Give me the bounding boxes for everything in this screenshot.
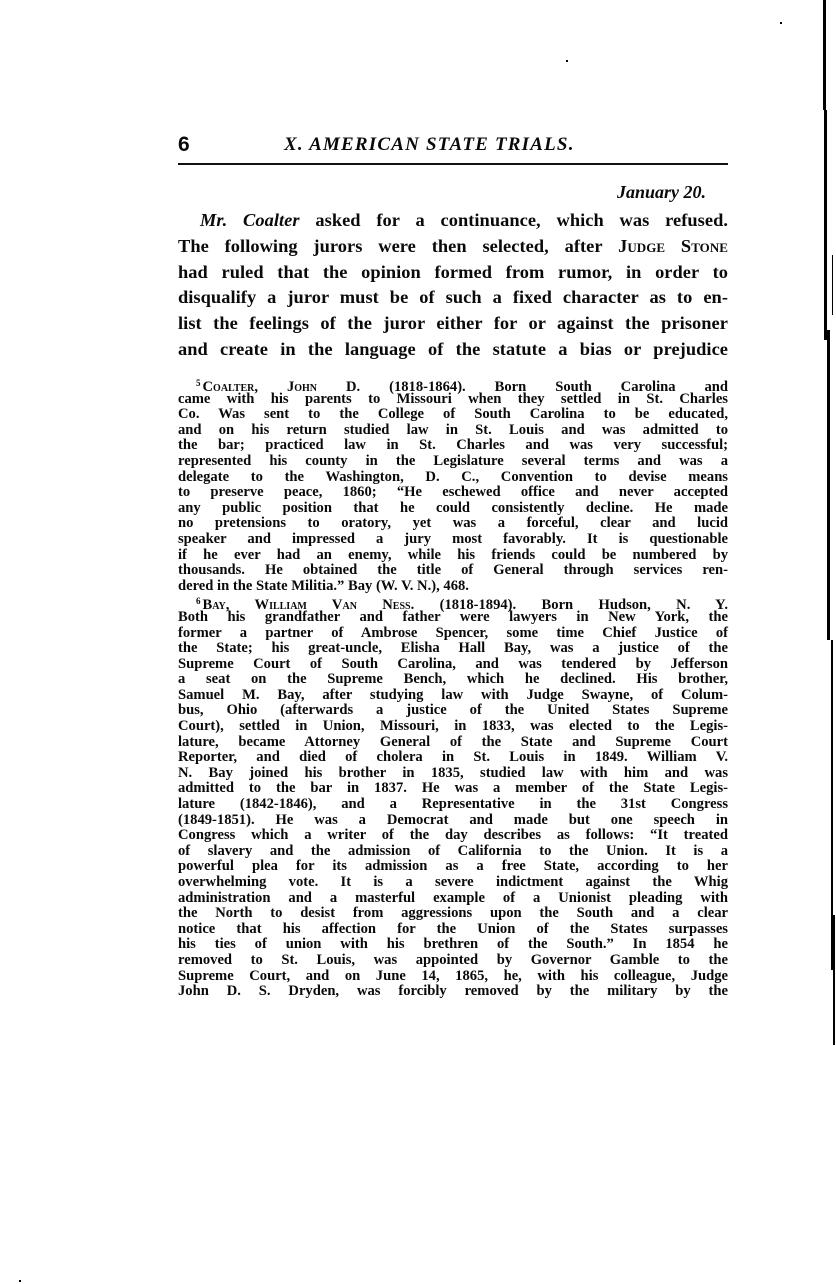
footnote-line: administration and a masterful example o…: [178, 891, 728, 907]
footnote-line: a seat on the Supreme Bench, which he de…: [178, 672, 728, 688]
footnote-line: lature, became Attorney General of the S…: [178, 735, 728, 751]
footnote-line: N. Bay joined his brother in 1835, studi…: [178, 766, 728, 782]
footnote-line: removed to St. Louis, was appointed by G…: [178, 953, 728, 969]
body-line: had ruled that the opinion formed from r…: [178, 260, 728, 286]
footnote-marker: 6: [196, 596, 201, 606]
footnote-line: thousands. He obtained the title of Gene…: [178, 563, 728, 579]
footnote-line: lature (1842-1846), and a Representative…: [178, 797, 728, 813]
body-paragraph: Mr. Coalter asked for a continuance, whi…: [178, 208, 728, 363]
footnote-line: Samuel M. Bay, after studying law with J…: [178, 688, 728, 704]
date-line: January 20.: [617, 182, 706, 203]
footnote-line: notice that his affection for the Union …: [178, 922, 728, 938]
footnote-line: and on his return studied law in St. Lou…: [178, 423, 728, 439]
footnote-line: if he ever had an enemy, while his frien…: [178, 548, 728, 564]
footnote-line: John D. S. Dryden, was forcibly removed …: [178, 984, 728, 1000]
footnote-line: Both his grandfather and father were law…: [178, 610, 728, 626]
scan-edge-artifact: [833, 915, 835, 1045]
footnote-line: dered in the State Militia.” Bay (W. V. …: [178, 579, 728, 595]
body-line: list the feelings of the juror either fo…: [178, 311, 728, 337]
footnote-line: Co. Was sent to the College of South Car…: [178, 407, 728, 423]
footnote-line: represented his county in the Legislatur…: [178, 454, 728, 470]
scan-speck: [19, 1280, 21, 1282]
scan-edge-artifact: [832, 255, 833, 315]
scan-edge-artifact: [823, 0, 826, 110]
footnote-line: powerful plea for its admission as a fre…: [178, 859, 728, 875]
footnote-line: (1849-1851). He was a Democrat and made …: [178, 813, 728, 829]
scan-speck: [566, 60, 568, 62]
footnote-line: admitted to the bar in 1837. He was a me…: [178, 781, 728, 797]
book-page: 6 X. AMERICAN STATE TRIALS. January 20. …: [178, 130, 728, 160]
page-number: 6: [178, 133, 190, 157]
footnote-line: to preserve peace, 1860; “He eschewed of…: [178, 485, 728, 501]
footnote-line: speaker and impressed a jury most favora…: [178, 532, 728, 548]
body-line: disqualify a juror must be of such a fix…: [178, 285, 728, 311]
footnote-marker: 5: [196, 378, 201, 388]
running-title: X. AMERICAN STATE TRIALS.: [284, 134, 575, 156]
body-line: Mr. Coalter asked for a continuance, whi…: [178, 208, 728, 234]
footnote-line: Court), settled in Union, Missouri, in 1…: [178, 719, 728, 735]
footnote-line: former a partner of Ambrose Spencer, som…: [178, 626, 728, 642]
footnote-line: delegate to the Washington, D. C., Conve…: [178, 470, 728, 486]
footnote-line: Reporter, and died of cholera in St. Lou…: [178, 750, 728, 766]
footnote-line: the bar; practiced law in St. Charles an…: [178, 438, 728, 454]
body-line: The following jurors were then selected,…: [178, 234, 728, 260]
footnote-line: came with his parents to Missouri when t…: [178, 392, 728, 408]
running-head: 6 X. AMERICAN STATE TRIALS.: [178, 130, 728, 160]
footnote-line: the North to desist from aggressions upo…: [178, 906, 728, 922]
scan-edge-artifact: [827, 330, 830, 640]
footnote-line: the State; his great-uncle, Elisha Hall …: [178, 641, 728, 657]
footnote-line: bus, Ohio (afterwards a justice of the U…: [178, 703, 728, 719]
scan-edge-artifact: [824, 110, 827, 340]
footnote-line: no pretensions to oratory, yet was a for…: [178, 516, 728, 532]
footnote-line: 6Bay, William Van Ness. (1818-1894). Bor…: [178, 594, 728, 610]
scan-speck: [780, 22, 782, 24]
footnotes: 5Coalter, John D. (1818-1864). Born Sout…: [178, 376, 728, 1000]
footnote-line: Supreme Court, and on June 14, 1865, he,…: [178, 969, 728, 985]
header-rule: [178, 163, 728, 165]
footnote-line: Congress which a writer of the day descr…: [178, 828, 728, 844]
footnote-line: 5Coalter, John D. (1818-1864). Born Sout…: [178, 376, 728, 392]
footnote-line: any public position that he could consis…: [178, 501, 728, 517]
body-line: and create in the language of the statut…: [178, 337, 728, 363]
footnote-line: Supreme Court of South Carolina, and was…: [178, 657, 728, 673]
footnote-line: his ties of union with his brethren of t…: [178, 937, 728, 953]
footnote-line: of slavery and the admission of Californ…: [178, 844, 728, 860]
footnote-line: overwhelming vote. It is a severe indict…: [178, 875, 728, 891]
